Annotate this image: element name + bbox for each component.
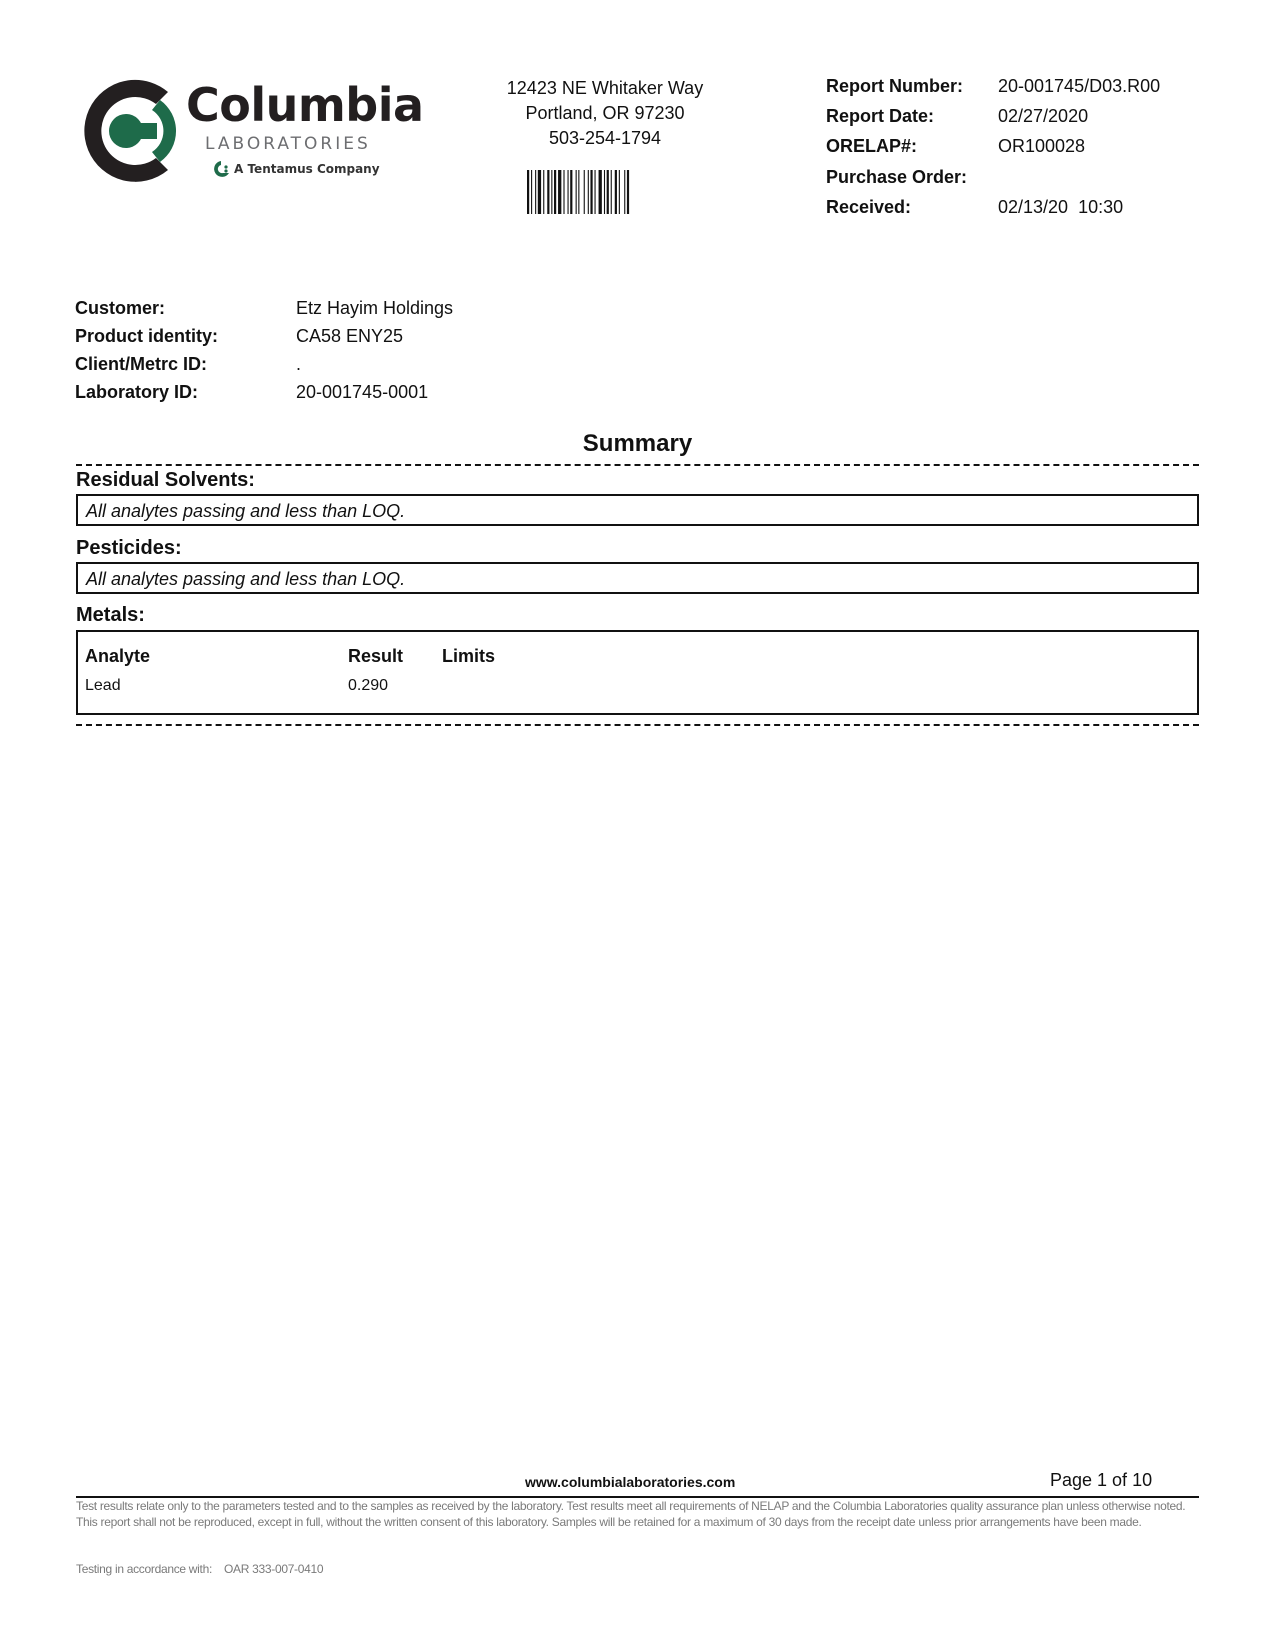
residual-solvents-message: All analytes passing and less than LOQ. — [86, 501, 405, 522]
company-logo: Columbia LABORATORIES A Tentamus Company — [76, 76, 406, 186]
metals-row-analyte: Lead — [85, 677, 121, 695]
report-number-value: 20-001745/D03.R00 — [998, 76, 1160, 97]
metals-row-result: 0.290 — [348, 677, 388, 695]
tagline-text: A Tentamus Company — [234, 162, 380, 176]
address-phone: 503-254-1794 — [470, 126, 740, 151]
footer-website-link[interactable]: www.columbialaboratories.com — [525, 1474, 755, 1490]
report-number-label: Report Number: — [826, 76, 963, 97]
client-metrc-id-value: . — [296, 354, 301, 375]
columbia-logo-mark-icon — [76, 76, 186, 186]
metals-header-analyte: Analyte — [85, 646, 150, 667]
laboratory-id-label: Laboratory ID: — [75, 382, 198, 403]
orelap-value: OR100028 — [998, 136, 1085, 157]
pesticides-label: Pesticides: — [76, 537, 182, 560]
residual-solvents-box: All analytes passing and less than LOQ. — [76, 494, 1199, 526]
residual-solvents-label: Residual Solvents: — [76, 469, 255, 492]
address-line1: 12423 NE Whitaker Way — [470, 76, 740, 101]
pesticides-box: All analytes passing and less than LOQ. — [76, 562, 1199, 594]
metals-table: Analyte Result Limits Lead 0.290 — [76, 630, 1199, 715]
customer-label: Customer: — [75, 298, 165, 319]
purchase-order-label: Purchase Order: — [826, 167, 967, 188]
laboratory-id-value: 20-001745-0001 — [296, 382, 428, 403]
metals-header-limits: Limits — [442, 646, 495, 667]
report-date-value: 02/27/2020 — [998, 106, 1088, 127]
client-metrc-id-label: Client/Metrc ID: — [75, 354, 207, 375]
testing-label: Testing in accordance with: — [76, 1562, 212, 1576]
tentamus-leaf-icon — [212, 160, 230, 178]
dashed-divider-top — [76, 464, 1199, 466]
logo-subtitle: LABORATORIES — [205, 134, 371, 154]
orelap-label: ORELAP#: — [826, 136, 917, 157]
lab-address: 12423 NE Whitaker Way Portland, OR 97230… — [470, 76, 740, 151]
pesticides-message: All analytes passing and less than LOQ. — [86, 569, 405, 590]
metals-label: Metals: — [76, 604, 145, 627]
footer-testing-accordance: Testing in accordance with:OAR 333-007-0… — [76, 1562, 323, 1576]
testing-value: OAR 333-007-0410 — [224, 1562, 323, 1576]
customer-value: Etz Hayim Holdings — [296, 298, 453, 319]
address-line2: Portland, OR 97230 — [470, 101, 740, 126]
metals-header-result: Result — [348, 646, 403, 667]
product-identity-label: Product identity: — [75, 326, 218, 347]
logo-tagline: A Tentamus Company — [212, 160, 380, 178]
received-value: 02/13/20 10:30 — [998, 197, 1123, 218]
dashed-divider-bottom — [76, 724, 1199, 726]
product-identity-value: CA58 ENY25 — [296, 326, 403, 347]
barcode-icon — [527, 170, 667, 214]
report-date-label: Report Date: — [826, 106, 934, 127]
footer-disclaimer: Test results relate only to the paramete… — [76, 1498, 1201, 1530]
summary-title: Summary — [0, 430, 1275, 458]
logo-wordmark: Columbia — [186, 78, 424, 132]
received-label: Received: — [826, 197, 911, 218]
footer-page-number: Page 1 of 10 — [1050, 1470, 1152, 1491]
